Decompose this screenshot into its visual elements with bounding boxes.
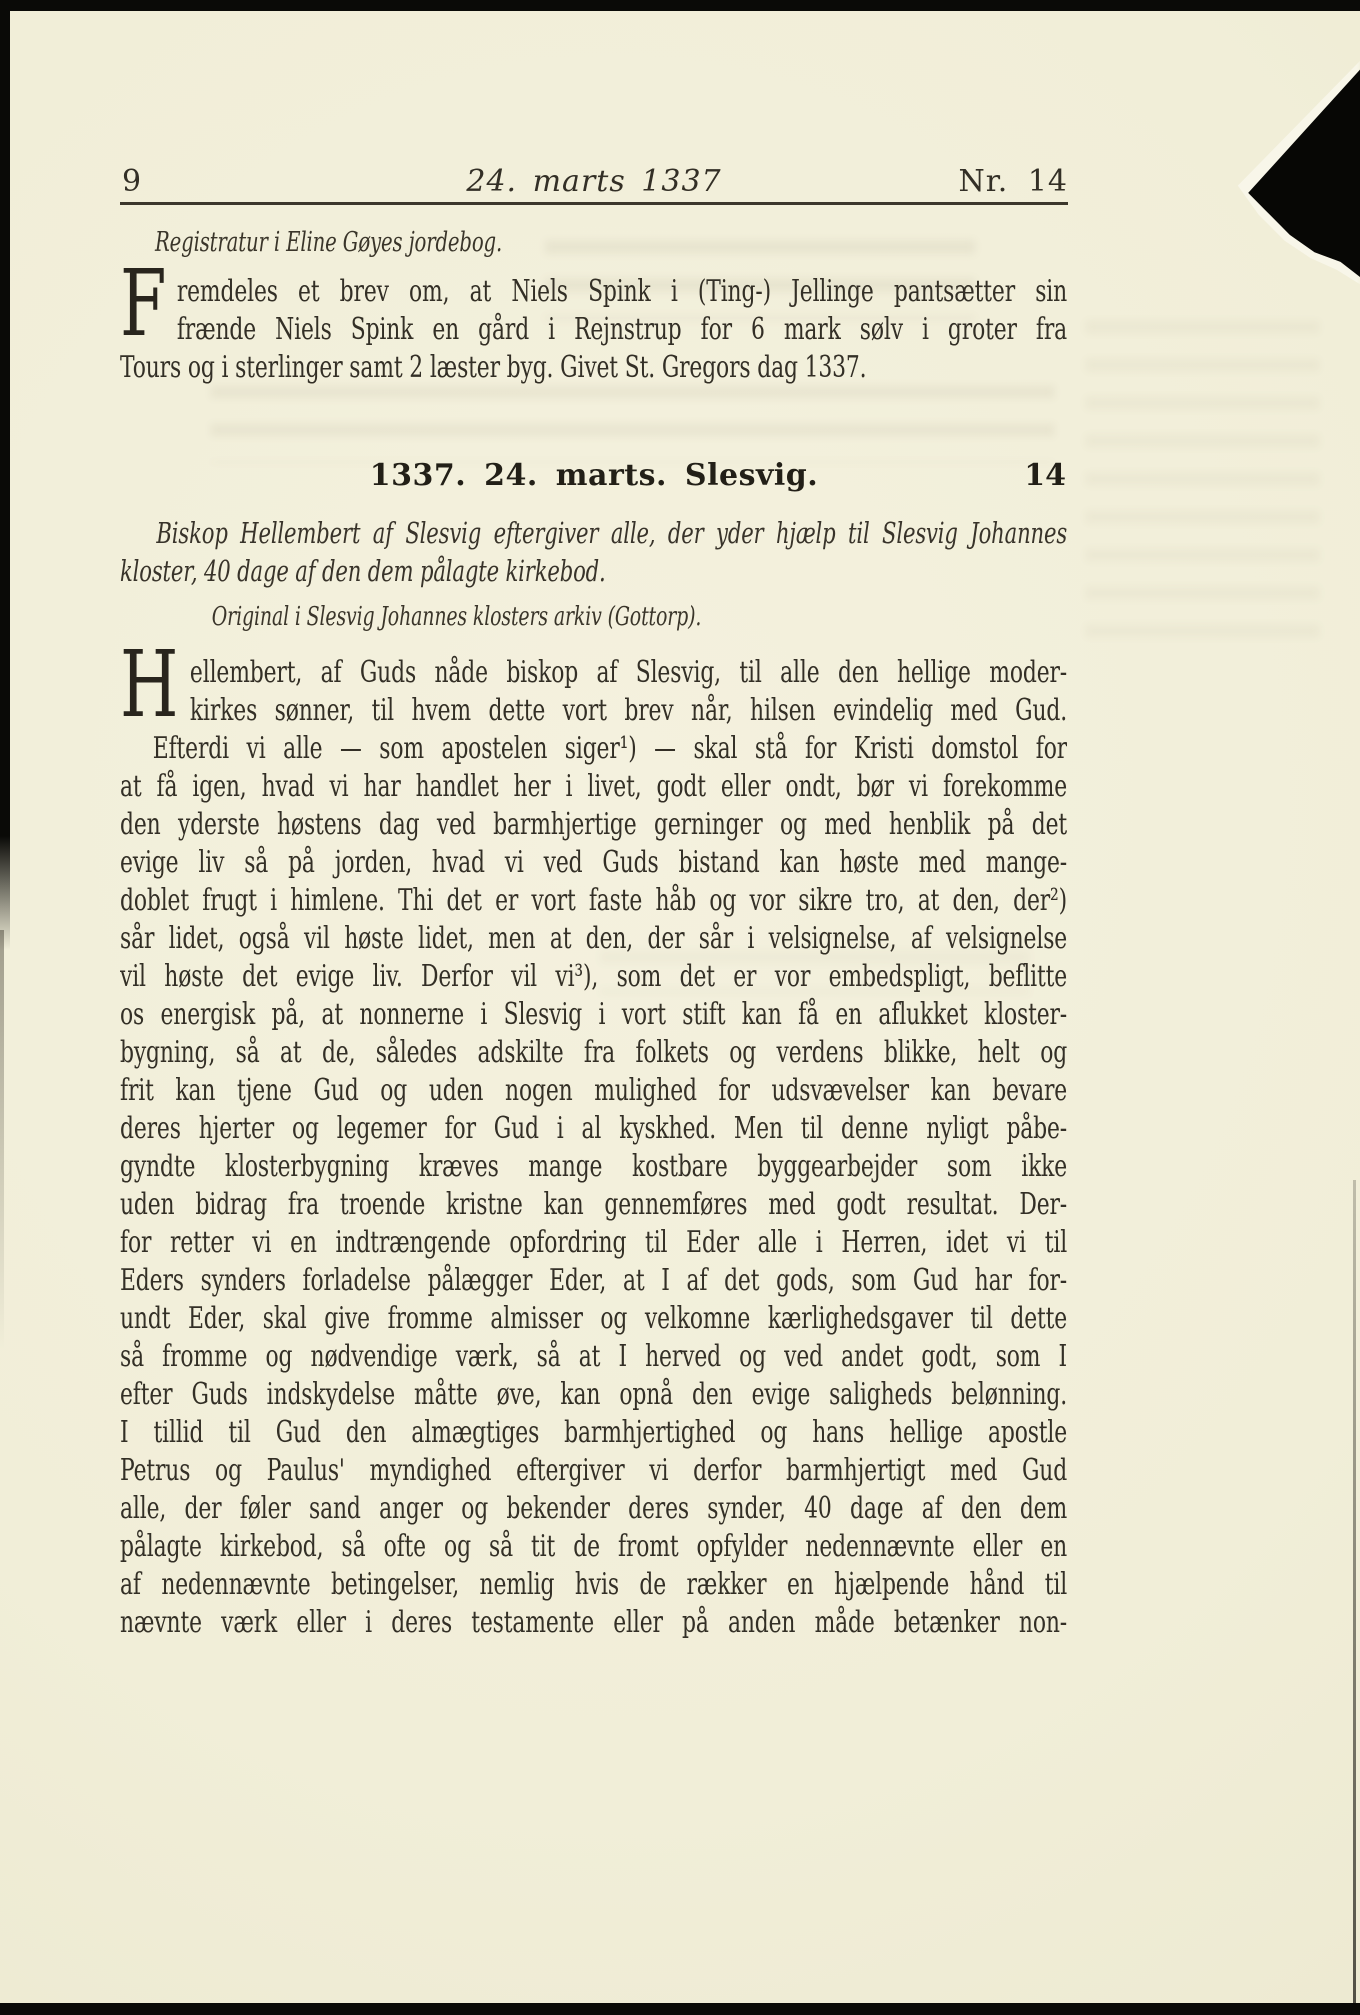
entry-heading: 1337. 24. marts. Slesvig.: [120, 459, 1068, 493]
text-line: bygning, så at de, således adskilte fra …: [120, 1034, 1067, 1072]
text-line: Efterdi vi alle — som apostelen siger¹) …: [120, 730, 1067, 768]
scanned-book-page: 9 24. marts 1337 Nr. 14 Registratur i El…: [0, 0, 1360, 2015]
text-line: Biskop Hellembert af Slesvig eftergiver …: [120, 514, 1067, 552]
registratur-caption-block: Registratur i Eline Gøyes jordebog.: [120, 226, 1067, 260]
text-line: deres hjerter og legemer for Gud i al ky…: [120, 1110, 1067, 1148]
entry-heading-row: 1337. 24. marts. Slesvig. 14: [120, 459, 1068, 495]
text-line: nævnte værk eller i deres testamente ell…: [120, 1604, 1067, 1642]
text-line: os energisk på, at nonnerne i Slesvig i …: [120, 996, 1067, 1034]
text-line: uden bidrag fra troende kristne kan genn…: [120, 1186, 1067, 1224]
bleedthrough-smudge: [1085, 320, 1320, 650]
text-line: evige liv så på jorden, hvad vi ved Guds…: [120, 844, 1067, 882]
entry-summary: Biskop Hellembert af Slesvig eftergiver …: [120, 514, 1067, 590]
text-line: I tillid til Gud den almægtiges barmhjer…: [120, 1414, 1067, 1452]
text-line: ellembert, af Guds nåde biskop af Slesvi…: [120, 654, 1067, 692]
header-rule: [120, 202, 1068, 205]
entry-source: Original i Slesvig Johannes klosters ark…: [120, 600, 1067, 634]
registratur-caption: Registratur i Eline Gøyes jordebog.: [120, 226, 1067, 260]
text-line: at få igen, hvad vi har handlet her i li…: [120, 768, 1067, 806]
scan-edge-top: [0, 0, 1360, 11]
page-header: 9 24. marts 1337 Nr. 14: [120, 164, 1068, 202]
text-line: sår lidet, også vil høste lidet, men at …: [120, 920, 1067, 958]
text-line: frit kan tjene Gud og uden nogen mulighe…: [120, 1072, 1067, 1110]
scan-edge-left-shadow: [0, 930, 4, 1350]
scan-edge-left: [0, 0, 10, 950]
text-line: efter Guds indskydelse måtte øve, kan op…: [120, 1376, 1067, 1414]
torn-corner: [1230, 0, 1360, 290]
text-line: frænde Niels Spink en gård i Rejnstrup f…: [120, 311, 1067, 349]
drop-cap-f: F: [120, 258, 167, 350]
text-line: gyndte klosterbygning kræves mange kostb…: [120, 1148, 1067, 1186]
running-head: 24. marts 1337: [120, 164, 1068, 200]
text-line: så fromme og nødvendige værk, så at I he…: [120, 1338, 1067, 1376]
text-line: pålagte kirkebod, så ofte og så tit de f…: [120, 1528, 1067, 1566]
text-line: Petrus og Paulus' myndighed eftergiver v…: [120, 1452, 1067, 1490]
text-line: Tours og i sterlinger samt 2 læster byg.…: [120, 349, 1067, 387]
drop-cap-h: H: [120, 639, 178, 731]
entry-number: 14: [1024, 459, 1066, 493]
text-line: Eders synders forladelse pålægger Eder, …: [120, 1262, 1067, 1300]
bleedthrough-smudge: [210, 385, 1055, 463]
entry-body: H ellembert, af Guds nåde biskop af Sles…: [120, 654, 1067, 1642]
text-line: for retter vi en indtrængende opfordring…: [120, 1224, 1067, 1262]
scan-edge-bottom: [0, 2003, 1360, 2015]
text-line: af nedennævnte betingelser, nemlig hvis …: [120, 1566, 1067, 1604]
text-line: doblet frugt i himlene. Thi det er vort …: [120, 882, 1067, 920]
registratur-paragraph: F remdeles et brev om, at Niels Spink i …: [120, 273, 1067, 387]
text-line: kloster, 40 dage af den dem pålagte kirk…: [120, 552, 1067, 590]
text-line: den yderste høstens dag ved barmhjertige…: [120, 806, 1067, 844]
page-edge-line: [1353, 1180, 1356, 2003]
issue-label: Nr. 14: [958, 164, 1068, 200]
text-line: undt Eder, skal give fromme almisser og …: [120, 1300, 1067, 1338]
text-line: vil høste det evige liv. Derfor vil vi³)…: [120, 958, 1067, 996]
entry-source-block: Original i Slesvig Johannes klosters ark…: [120, 600, 1067, 634]
page-number: 9: [122, 164, 141, 200]
text-line: kirkes sønner, til hvem dette vort brev …: [120, 692, 1067, 730]
text-line: remdeles et brev om, at Niels Spink i (T…: [120, 273, 1067, 311]
text-line: alle, der føler sand anger og bekender d…: [120, 1490, 1067, 1528]
